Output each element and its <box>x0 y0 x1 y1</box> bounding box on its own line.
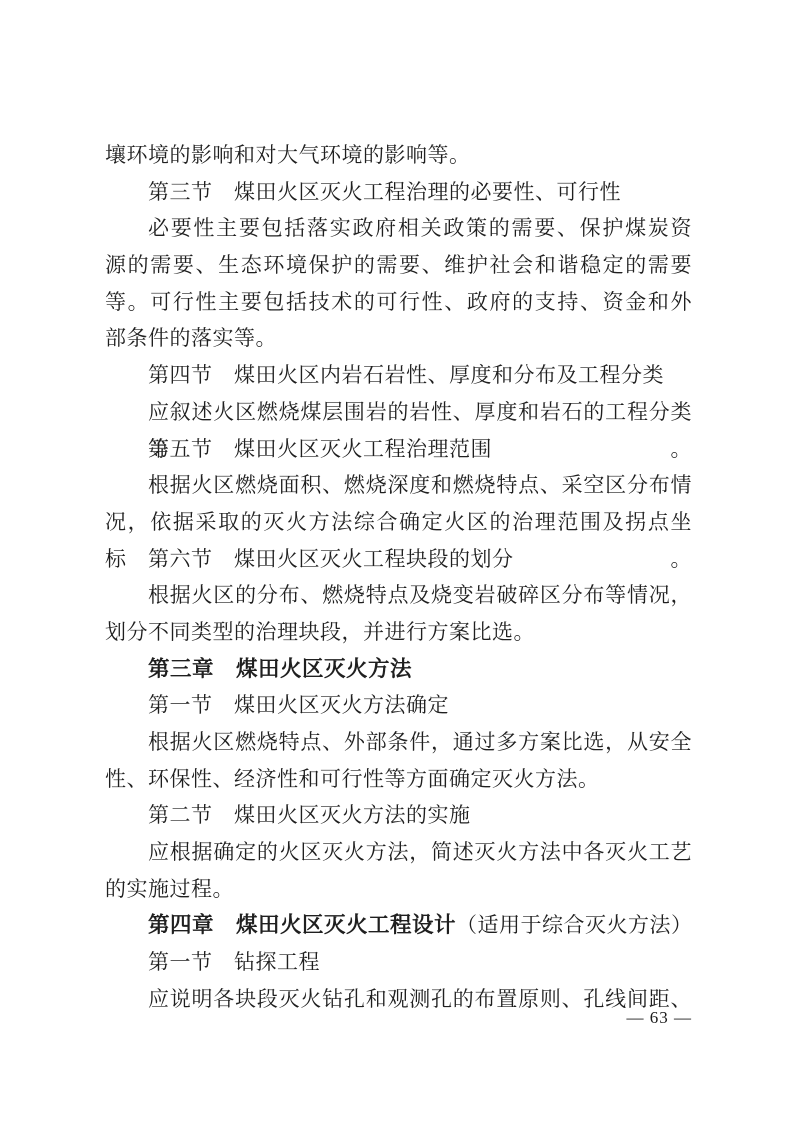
body-line: 根据火区燃烧面积、燃烧深度和燃烧特点、采空区分布情 <box>105 467 692 504</box>
line-text: 第三节 煤田火区灭火工程治理的必要性、可行性 <box>148 180 621 204</box>
line-text: 根据火区燃烧特点、外部条件，通过多方案比选，从安全 <box>148 730 692 754</box>
line-text: 等。可行性主要包括技术的可行性、政府的支持、资金和外 <box>105 290 692 314</box>
chapter-heading-suffix: （适用于综合灭火方法） <box>456 913 693 937</box>
line-text: 第一节 钻探工程 <box>148 950 320 974</box>
body-line: 部条件的落实等。 <box>105 320 692 357</box>
section-heading: 第二节 煤田火区灭火方法的实施 <box>105 797 692 834</box>
line-text: 部条件的落实等。 <box>105 326 277 350</box>
body-line: 等。可行性主要包括技术的可行性、政府的支持、资金和外 <box>105 284 692 321</box>
line-text: 应说明各块段灭火钻孔和观测孔的布置原则、孔线间距、 <box>148 987 692 1011</box>
line-text: 根据火区燃烧面积、燃烧深度和燃烧特点、采空区分布情 <box>148 473 692 497</box>
body-line: 的实施过程。 <box>105 871 692 908</box>
line-text: 第四章 煤田火区灭火工程设计 <box>148 913 456 937</box>
body-line: 应叙述火区燃烧煤层围岩的岩性、厚度和岩石的工程分类等。 <box>105 394 692 431</box>
line-text: 根据火区的分布、燃烧特点及烧变岩破碎区分布等情况， <box>148 583 692 607</box>
body-line: 应说明各块段灭火钻孔和观测孔的布置原则、孔线间距、 <box>105 981 692 1018</box>
body-line: 应根据确定的火区灭火方法，简述灭火方法中各灭火工艺 <box>105 834 692 871</box>
body-line: 必要性主要包括落实政府相关政策的需要、保护煤炭资 <box>105 210 692 247</box>
line-text: 第一节 煤田火区灭火方法确定 <box>148 693 449 717</box>
line-text: 第三章 煤田火区灭火方法 <box>148 657 412 681</box>
line-text: 第二节 煤田火区灭火方法的实施 <box>148 803 471 827</box>
line-text: 必要性主要包括落实政府相关政策的需要、保护煤炭资 <box>148 216 692 240</box>
line-text: 壤环境的影响和对大气环境的影响等。 <box>105 143 471 167</box>
line-text: 划分不同类型的治理块段，并进行方案比选。 <box>105 620 535 644</box>
body-line: 壤环境的影响和对大气环境的影响等。 <box>105 137 692 174</box>
section-heading: 第一节 钻探工程 <box>105 944 692 981</box>
chapter-heading: 第四章 煤田火区灭火工程设计（适用于综合灭火方法） <box>105 907 692 944</box>
chapter-heading: 第三章 煤田火区灭火方法 <box>105 651 692 688</box>
body-line: 源的需要、生态环境保护的需要、维护社会和谐稳定的需要 <box>105 247 692 284</box>
section-heading: 第一节 煤田火区灭火方法确定 <box>105 687 692 724</box>
body-line: 根据火区的分布、燃烧特点及烧变岩破碎区分布等情况， <box>105 577 692 614</box>
line-text: 第四节 煤田火区内岩石岩性、厚度和分布及工程分类 <box>148 363 664 387</box>
line-text: 的实施过程。 <box>105 877 234 901</box>
body-line: 根据火区燃烧特点、外部条件，通过多方案比选，从安全 <box>105 724 692 761</box>
line-text: 第六节 煤田火区灭火工程块段的划分 <box>148 547 514 571</box>
body-line: 性、环保性、经济性和可行性等方面确定灭火方法。 <box>105 761 692 798</box>
line-text: 第五节 煤田火区灭火工程治理范围 <box>148 437 492 461</box>
page-number: — 63 — <box>627 1008 693 1028</box>
line-text: 源的需要、生态环境保护的需要、维护社会和谐稳定的需要 <box>105 253 692 277</box>
document-lines: 壤环境的影响和对大气环境的影响等。第三节 煤田火区灭火工程治理的必要性、可行性必… <box>105 137 692 1018</box>
body-line: 划分不同类型的治理块段，并进行方案比选。 <box>105 614 692 651</box>
line-text: 应根据确定的火区灭火方法，简述灭火方法中各灭火工艺 <box>148 840 692 864</box>
section-heading: 第四节 煤田火区内岩石岩性、厚度和分布及工程分类 <box>105 357 692 394</box>
line-text: 性、环保性、经济性和可行性等方面确定灭火方法。 <box>105 767 600 791</box>
body-line: 况，依据采取的灭火方法综合确定火区的治理范围及拐点坐标。 <box>105 504 692 541</box>
section-heading: 第三节 煤田火区灭火工程治理的必要性、可行性 <box>105 174 692 211</box>
document-page: 壤环境的影响和对大气环境的影响等。第三节 煤田火区灭火工程治理的必要性、可行性必… <box>0 0 793 1122</box>
